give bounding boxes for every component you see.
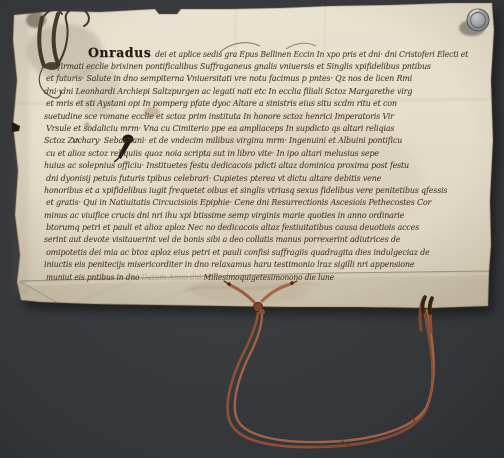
closing-start: muniut eis pntibus in dno — [46, 273, 142, 282]
manuscript-line-9: cu et alioz sctoz reliquiis quoz noia sc… — [46, 148, 470, 160]
manuscript-line-15: btorumq petri et pauli et alioz aploz Ne… — [46, 222, 470, 234]
closing-end: Millesimoquigetesimonono die lune — [204, 273, 334, 282]
photo-stage: Onradusdei et aplice sedis gra Epus Bell… — [0, 0, 504, 458]
cord-loop-shade — [318, 310, 433, 447]
manuscript-line-16: serint aut devote visitauerint vel de bo… — [44, 234, 468, 246]
closing-faded: Datum Anno dni — [142, 273, 204, 282]
cord-twist-2 — [408, 414, 415, 421]
manuscript-line-4: dni· dni Leonhardi Archiepi Saltzpurgen … — [44, 86, 468, 98]
manuscript-line-14: minus ac viuifice crucis dni nri ihu xpi… — [44, 210, 468, 222]
manuscript-text: Onradusdei et aplice sedis gra Epus Bell… — [44, 47, 474, 284]
cord-knot-wrap — [259, 309, 265, 315]
incipit-word: Onradus — [88, 46, 151, 61]
manuscript-line-8: Sctoz Zachary· Sebastiani· et de vndecim… — [44, 135, 468, 147]
manuscript-line-12: honoribus et a xpifidelibus iugit freque… — [44, 185, 468, 197]
manuscript-line-6: suetudine sce romane ecclie et sctoz pri… — [44, 111, 468, 123]
manuscript-line-5: et mris et sti Aystani opi In pomperg pf… — [46, 98, 470, 110]
manuscript-line-17: omipotetis dei mia ac btoz aploz eius pe… — [46, 247, 470, 259]
manuscript-line-3: et futuris· Salute in dno sempiterna Vni… — [46, 73, 470, 85]
cord-loop-inner — [235, 310, 434, 442]
manuscript-line-13: et gratis· Qui in Natiuitatis Circucisio… — [46, 197, 470, 209]
manuscript-line-2: confirmati ecclie brixinen pontificalibu… — [44, 61, 468, 73]
manuscript-line-1: Onradusdei et aplice sedis gra Epus Bell… — [88, 47, 457, 61]
manuscript-line-10: huius ac solepnius officiu· Instituetes … — [44, 160, 468, 172]
manuscript-line-1-text: dei et aplice sedis gra Epus Bellinen Ec… — [155, 50, 468, 59]
manuscript-line-18: iniuctis eis penitecijs misericorditer i… — [44, 259, 468, 271]
manuscript-line-19: muniut eis pntibus in dno Datum Anno dni… — [46, 272, 446, 284]
manuscript-line-11: dni dyonisij petuis futuris tpibus celeb… — [46, 173, 470, 185]
left-edge-shading — [13, 20, 29, 295]
manuscript-line-7: Vrsule et sodaliciu mrm· Vna cu Cimiteri… — [46, 123, 470, 135]
